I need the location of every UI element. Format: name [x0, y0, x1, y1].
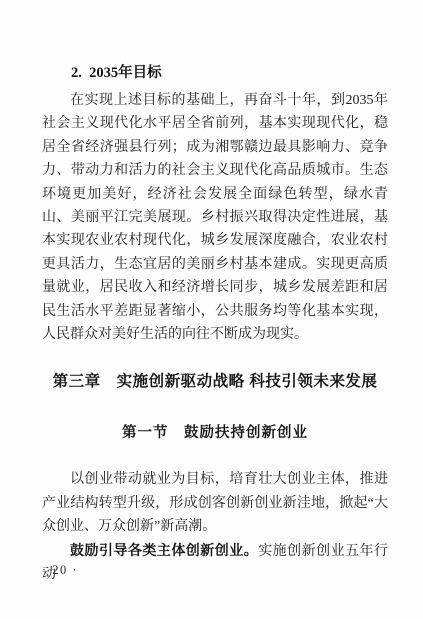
- paragraph-encourage: 鼓励引导各类主体创新创业。实施创新创业五年行动: [42, 539, 388, 587]
- paragraph-2035-goals: 在实现上述目标的基础上，再奋斗十年，到2035年社会主义现代化水平居全省前列，基…: [42, 89, 388, 346]
- page-number: · 20 ·: [42, 563, 78, 578]
- paragraph-encourage-bold-lead: 鼓励引导各类主体创新创业。: [70, 542, 258, 558]
- subsection-heading: 2. 2035年目标: [42, 61, 388, 85]
- chapter-heading: 第三章 实施创新驱动战略 科技引领未来发展: [42, 372, 388, 391]
- paragraph-entrepreneurship: 以创业带动就业为目标，培育壮大创业主体，推进产业结构转型升级，形成创客创新创业新…: [42, 468, 388, 538]
- page-content: 2. 2035年目标 在实现上述目标的基础上，再奋斗十年，到2035年社会主义现…: [42, 61, 388, 587]
- document-page: 2. 2035年目标 在实现上述目标的基础上，再奋斗十年，到2035年社会主义现…: [0, 0, 423, 619]
- section-heading: 第一节 鼓励扶持创新创业: [42, 424, 388, 443]
